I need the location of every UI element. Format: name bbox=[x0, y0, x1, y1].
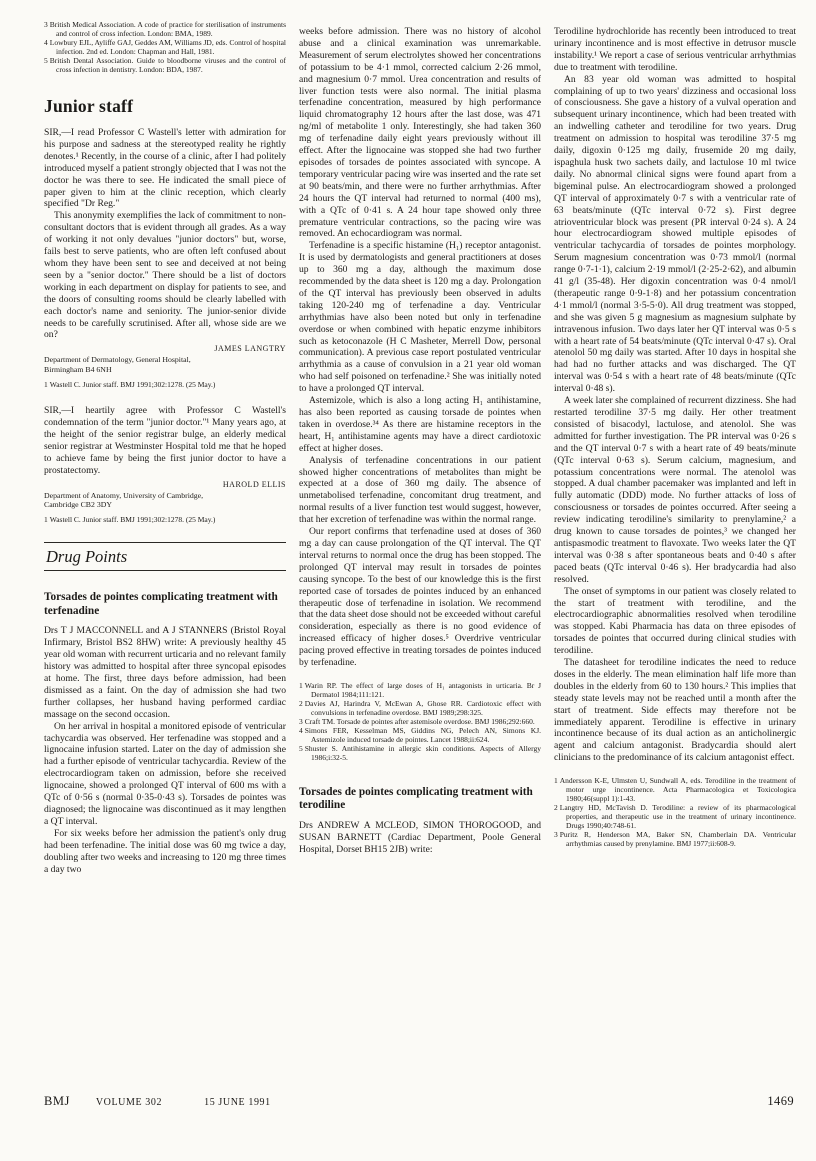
article-paragraph: weeks before admission. There was no his… bbox=[299, 26, 541, 240]
reference-item: 2Langtry HD, McTavish D. Terodiline: a r… bbox=[554, 803, 796, 830]
page-number: 1469 bbox=[767, 1094, 794, 1109]
reference-item: 3Craft TM. Torsade de pointes after aste… bbox=[299, 717, 541, 726]
reference-number: 5 bbox=[44, 56, 48, 65]
reference-item: 3Puritz R, Henderson MA, Baker SN, Chamb… bbox=[554, 830, 796, 848]
article-paragraph: Astemizole, which is also a long acting … bbox=[299, 395, 541, 455]
reference-number: 4 bbox=[299, 726, 303, 735]
article-paragraph: Our report confirms that terfenadine use… bbox=[299, 526, 541, 669]
reference-number: 3 bbox=[554, 830, 558, 839]
reference-number: 1 bbox=[44, 515, 48, 524]
article-paragraph: The onset of symptoms in our patient was… bbox=[554, 586, 796, 657]
article-paragraph: An 83 year old woman was admitted to hos… bbox=[554, 74, 796, 395]
section-heading-junior-staff: Junior staff bbox=[44, 96, 286, 117]
letter-affiliation: Department of Anatomy, University of Cam… bbox=[44, 491, 286, 510]
right-column: Terodiline hydrochloride has recently be… bbox=[554, 14, 796, 875]
reference-item: 1Wastell C. Junior staff. BMJ 1991;302:1… bbox=[44, 515, 286, 524]
reference-number: 1 bbox=[44, 380, 48, 389]
reference-item: 1Andersson K-E, Ulmsten U, Sundwall A, e… bbox=[554, 776, 796, 803]
three-column-layout: 3British Medical Association. A code of … bbox=[44, 14, 796, 875]
reference-text: Puritz R, Henderson MA, Baker SN, Chambe… bbox=[560, 830, 796, 848]
reference-item: 4Simons FER, Kesselman MS, Giddins NG, P… bbox=[299, 726, 541, 744]
reference-number: 3 bbox=[44, 20, 48, 29]
reference-item: 5Shuster S. Antihistamine in allergic sk… bbox=[299, 744, 541, 762]
reference-item: 1Warin RP. The effect of large doses of … bbox=[299, 681, 541, 699]
reference-number: 3 bbox=[299, 717, 303, 726]
reference-text: Lowbury EJL, Ayliffe GAJ, Geddes AM, Wil… bbox=[50, 38, 286, 56]
reference-item: 5British Dental Association. Guide to bl… bbox=[44, 56, 286, 74]
letter-reference-list: 1Wastell C. Junior staff. BMJ 1991;302:1… bbox=[44, 515, 286, 524]
article-paragraph: Terfenadine is a specific histamine (H₁)… bbox=[299, 240, 541, 395]
reference-number: 1 bbox=[554, 776, 558, 785]
reference-number: 2 bbox=[554, 803, 558, 812]
left-column: 3British Medical Association. A code of … bbox=[44, 14, 286, 875]
letter-paragraph: SIR,—I heartily agree with Professor C W… bbox=[44, 405, 286, 476]
issue-date: 15 JUNE 1991 bbox=[204, 1097, 271, 1108]
article-paragraph: A week later she complained of recurrent… bbox=[554, 395, 796, 586]
reference-number: 5 bbox=[299, 744, 303, 753]
previous-article-references: 3British Medical Association. A code of … bbox=[44, 20, 286, 74]
reference-text: Wastell C. Junior staff. BMJ 1991;302:12… bbox=[50, 380, 216, 389]
letter-paragraph: SIR,—I read Professor C Wastell's letter… bbox=[44, 127, 286, 210]
drug-points-section-header: Drug Points bbox=[44, 542, 286, 571]
reference-text: Craft TM. Torsade de pointes after astem… bbox=[305, 717, 535, 726]
article-paragraph: On her arrival in hospital a monitored e… bbox=[44, 721, 286, 828]
drug-points-title: Drug Points bbox=[44, 543, 286, 571]
journal-page: 3British Medical Association. A code of … bbox=[0, 0, 816, 1161]
letter-paragraph: This anonymity exemplifies the lack of c… bbox=[44, 210, 286, 341]
reference-text: Langtry HD, McTavish D. Terodiline: a re… bbox=[560, 803, 796, 830]
article-title-terodiline: Torsades de pointes complicating treatme… bbox=[299, 786, 541, 813]
reference-item: 4Lowbury EJL, Ayliffe GAJ, Geddes AM, Wi… bbox=[44, 38, 286, 56]
terfenadine-reference-list: 1Warin RP. The effect of large doses of … bbox=[299, 681, 541, 762]
letter-signature: JAMES LANGTRY bbox=[44, 344, 286, 353]
reference-item: 2Davies AJ, Harindra V, McEwan A, Ghose … bbox=[299, 699, 541, 717]
article-paragraph: Drs T J MACCONNELL and A J STANNERS (Bri… bbox=[44, 625, 286, 720]
letter-reference-list: 1Wastell C. Junior staff. BMJ 1991;302:1… bbox=[44, 380, 286, 389]
reference-text: British Medical Association. A code of p… bbox=[50, 20, 286, 38]
article-byline: Drs ANDREW A MCLEOD, SIMON THOROGOOD, an… bbox=[299, 820, 541, 856]
reference-number: 1 bbox=[299, 681, 303, 690]
reference-text: Andersson K-E, Ulmsten U, Sundwall A, ed… bbox=[560, 776, 796, 803]
article-paragraph: The datasheet for terodiline indicates t… bbox=[554, 657, 796, 764]
reference-item: 1Wastell C. Junior staff. BMJ 1991;302:1… bbox=[44, 380, 286, 389]
article-paragraph: Analysis of terfenadine concentrations i… bbox=[299, 455, 541, 526]
volume-label: VOLUME 302 bbox=[96, 1097, 162, 1108]
journal-name: BMJ bbox=[44, 1094, 70, 1109]
letter-signature: HAROLD ELLIS bbox=[44, 480, 286, 489]
article-paragraph: Terodiline hydrochloride has recently be… bbox=[554, 26, 796, 74]
article-title-terfenadine: Torsades de pointes complicating treatme… bbox=[44, 591, 286, 618]
terodiline-reference-list: 1Andersson K-E, Ulmsten U, Sundwall A, e… bbox=[554, 776, 796, 848]
page-footer: BMJ VOLUME 302 15 JUNE 1991 1469 bbox=[44, 1094, 794, 1109]
letter-affiliation: Department of Dermatology, General Hospi… bbox=[44, 355, 286, 374]
reference-item: 3British Medical Association. A code of … bbox=[44, 20, 286, 38]
middle-column: weeks before admission. There was no his… bbox=[299, 14, 541, 875]
reference-text: Shuster S. Antihistamine in allergic ski… bbox=[305, 744, 541, 762]
article-paragraph: For six weeks before her admission the p… bbox=[44, 828, 286, 876]
reference-text: Simons FER, Kesselman MS, Giddins NG, Pe… bbox=[305, 726, 541, 744]
reference-text: Wastell C. Junior staff. BMJ 1991;302:12… bbox=[50, 515, 216, 524]
reference-text: British Dental Association. Guide to blo… bbox=[50, 56, 286, 74]
reference-number: 4 bbox=[44, 38, 48, 47]
reference-number: 2 bbox=[299, 699, 303, 708]
reference-text: Warin RP. The effect of large doses of H… bbox=[305, 681, 541, 699]
reference-text: Davies AJ, Harindra V, McEwan A, Ghose R… bbox=[305, 699, 541, 717]
